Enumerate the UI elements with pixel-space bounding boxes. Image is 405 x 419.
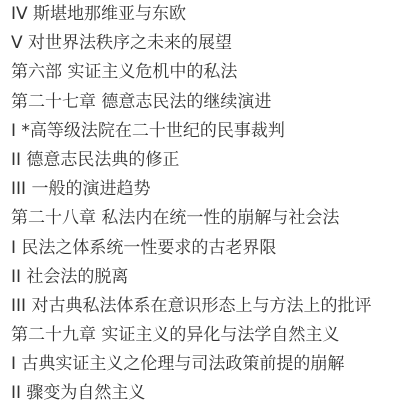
toc-chapter-28-heading: 第二十八章 私法内在统一性的崩解与社会法 <box>11 204 371 233</box>
toc-chapter-29-heading: 第二十九章 实证主义的异化与法学自然主义 <box>11 321 371 350</box>
toc-chapter-28-section-iii: III 对古典私法体系在意识形态上与方法上的批评 <box>11 292 371 321</box>
toc-chapter-28-section-i: I 民法之体系统一性要求的古老界限 <box>11 234 371 263</box>
table-of-contents: IV 斯堪地那维亚与东欧 V 对世界法秩序之未来的展望 第六部 实证主义危机中的… <box>11 0 371 409</box>
toc-chapter-27-section-i: I *高等级法院在二十世纪的民事裁判 <box>11 117 371 146</box>
toc-section-iv-scandinavia: IV 斯堪地那维亚与东欧 <box>11 0 371 29</box>
toc-chapter-29-section-ii: II 骤变为自然主义 <box>11 379 371 408</box>
toc-chapter-29-section-i: I 古典实证主义之伦理与司法政策前提的崩解 <box>11 350 371 379</box>
toc-section-v-outlook: V 对世界法秩序之未来的展望 <box>11 29 371 58</box>
toc-chapter-27-section-ii: II 德意志民法典的修正 <box>11 146 371 175</box>
toc-chapter-27-section-iii: III 一般的演进趋势 <box>11 175 371 204</box>
toc-chapter-27-heading: 第二十七章 德意志民法的继续演进 <box>11 88 371 117</box>
toc-chapter-28-section-ii: II 社会法的脱离 <box>11 263 371 292</box>
toc-part-six-heading: 第六部 实证主义危机中的私法 <box>11 58 371 87</box>
